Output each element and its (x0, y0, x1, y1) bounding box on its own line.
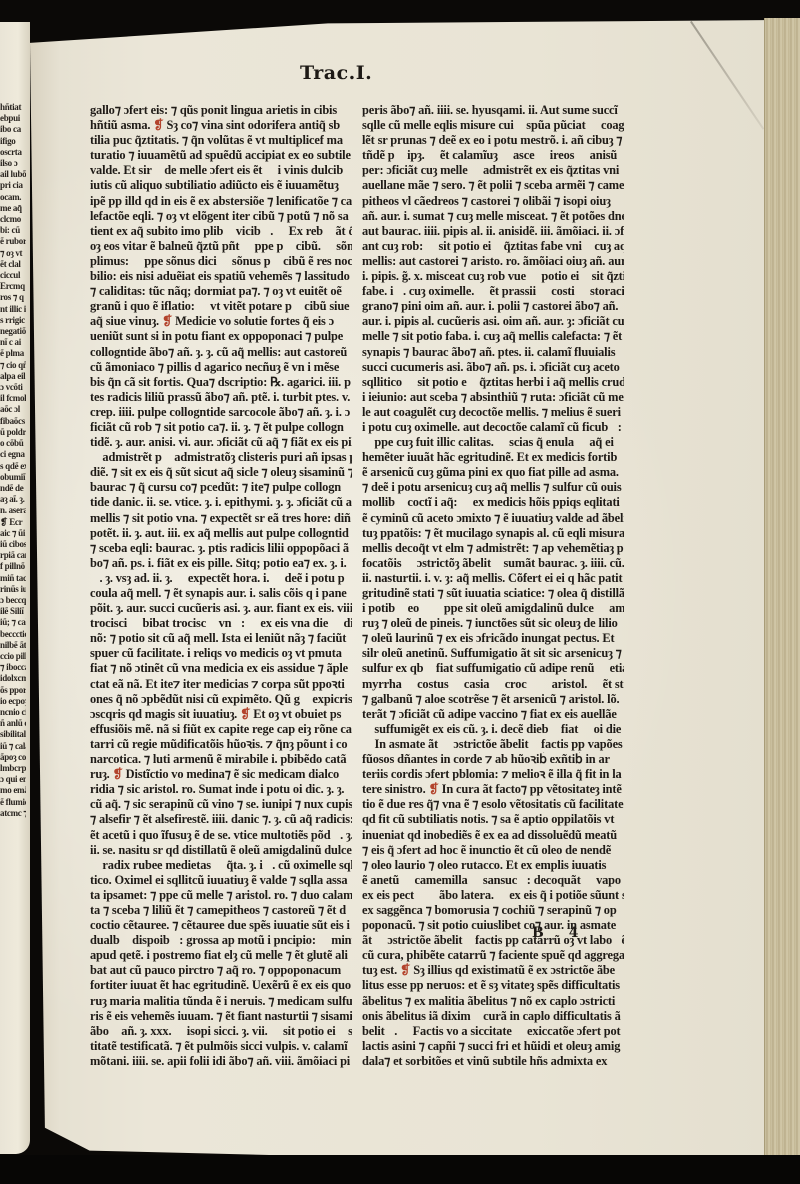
left-page-line: fibaõcs (0, 416, 26, 427)
text-line: sqlle cũ melle eqlis misure cui᷒ spũa pũ… (362, 118, 624, 133)
text-line: ⁊ deẽ i potu arsenicuȝ cuȝ aq̃ mellis ⁊ … (362, 480, 624, 495)
left-page-line: iũ cibos (0, 539, 26, 550)
paragraph-mark-icon: ❡ (240, 707, 250, 721)
text-line: ⁊ alsefir ⁊ ẽt alsefirestẽ. iiii. danic … (90, 812, 352, 827)
left-page-line: pri cia (0, 180, 26, 191)
left-page-line: ndẽ de (0, 483, 26, 494)
text-line: tuȝ ppatõis: ⁊ ẽt mucilago synapis al. c… (362, 526, 624, 541)
book-fore-edge (764, 18, 800, 1168)
text-line: dala⁊ et sorbitões et vinũ subtile hñs a… (362, 1054, 624, 1069)
text-line: i. pipis. g̃. x. misceat cuȝ rob vue ⁊ p… (362, 269, 624, 284)
left-page-line: oscrta (0, 147, 26, 158)
left-page-line: beccctic (0, 629, 26, 640)
left-page-line: ⁊ cio qñ (0, 360, 26, 371)
text-line: fortiter iuuat ẽt hac egritudinẽ. Uexẽrũ… (90, 978, 352, 993)
left-page-line: obumiĩ (0, 472, 26, 483)
text-line: teriis cordis ɔfert pblomia: ⁊ melioꝛ ẽ … (362, 767, 624, 782)
text-line: melle ⁊ sit potio faba. i. cuȝ aq̃ melli… (362, 329, 624, 344)
text-line: põit. ȝ. aur. succi cucũeris asi. ȝ. aur… (90, 601, 352, 616)
text-line: ẽ arsenicũ cuȝ gũma pini ex quo fiat pil… (362, 465, 624, 480)
text-line: cũ aq̃. ⁊ sic serapinũ cũ vino ⁊ se. iun… (90, 797, 352, 812)
text-line: ⁊ galbanũ ⁊ aloe scotrẽse ⁊ ẽt arsenicũ … (362, 692, 624, 707)
text-line: ẽt acetũ i quo ĩfusuȝ ẽ de se. vtice mul… (90, 828, 352, 843)
left-page-line: ifigo (0, 136, 26, 147)
left-page-line: bi: cũ (0, 225, 26, 236)
left-page-line: nt illic i (0, 304, 26, 315)
text-line: pitheos vl cãedreos ⁊ castorei ⁊ olibãi … (362, 194, 624, 209)
text-line: gallo⁊ ɔfert eis: ⁊ qũs ponit lingua ari… (90, 103, 352, 118)
left-page-line: rpiã cani (0, 550, 26, 561)
text-line: onis ãbelitus iã dixim᷒ curã in caplo di… (362, 1009, 624, 1024)
text-line: i potib᷒ eo⁊ ⁊ ppe sit oleũ amigdalinũ d… (362, 601, 624, 616)
text-line: tico. Oximel ei sqllitcũ iuuatiuȝ ẽ vald… (90, 873, 352, 888)
signature-mark: B 4 (532, 925, 588, 941)
text-line: potẽt. ii. ȝ. aut. iii. ex aq̃ mellis au… (90, 526, 352, 541)
text-line: ruȝ maria malitia tũnda ẽ i neruis. ⁊ me… (90, 994, 352, 1009)
paragraph-mark-icon: ❡ (153, 118, 163, 132)
text-line: lactis asini ⁊ capñi ⁊ succi fri et hũid… (362, 1039, 624, 1054)
text-line: turatio ⁊ iuuamẽtũ ad spuẽdũ accipiat ex… (90, 148, 352, 163)
text-line: ẽ anetũ ⁊ camemilla ⁊ sansuc᷒: decoquãt … (362, 873, 624, 888)
left-page-line: s rrigic (0, 315, 26, 326)
text-line: añ. aur. i. sumat ⁊ cuȝ melle misceat. ⁊… (362, 209, 624, 224)
left-page-line: clcmo (0, 214, 26, 225)
text-line: aq̃ siue vinuȝ. ❡ Medicie vo solutie for… (90, 314, 352, 329)
left-page-line: Ercmq (0, 281, 26, 292)
left-page-line: s qdẽ ex (0, 461, 26, 472)
text-line: ⁊ caliditas: tũc nãq; dormiat pa⁊. ⁊ oȝ … (90, 284, 352, 299)
text-line: ⁊ radix rubee medietas ⁊ q̃ta. ȝ. i᷒. cũ… (90, 858, 352, 873)
text-line: sulfur ex qb᷒ fiat suffumigatio cũ adipe… (362, 661, 624, 676)
left-page-line: ẽ rubor (0, 236, 26, 247)
text-line: collogntide ãbo⁊ añ. ȝ. ȝ. cũ aq̃ mellis… (90, 345, 352, 360)
text-line: terãt ⁊ ɔficiãt cũ adipe vaccino ⁊ fiat … (362, 707, 624, 722)
left-page-line: ẽ plma (0, 348, 26, 359)
text-line: bis q̃n cã sit fortis. Qua⁊ dscriptio: ℞… (90, 375, 352, 390)
text-line: ii. nasturtii. i. v. ȝ: aq̃ mellis. Cõfe… (362, 571, 624, 586)
left-page-line: sibilitaloi (0, 729, 26, 740)
text-line: cũ ãmoniaco ⁊ pillis d agarico necñuȝ ẽ … (90, 360, 352, 375)
paragraph-mark-icon: ❡ (362, 737, 372, 751)
text-line: nõ: ⁊ potio sit cũ aq̃ mell. Ista ei len… (90, 631, 352, 646)
left-page-line: o cõbũ (0, 438, 26, 449)
paragraph-mark-icon: ❡ (428, 782, 438, 796)
text-line: tidẽ. ȝ. aur. anisi. vi. aur. ɔficiãt cũ… (90, 435, 352, 450)
running-head: Trac.I. (300, 62, 372, 84)
left-page-line: f pillnõ (0, 561, 26, 572)
text-line: lẽt sr prunas ⁊ deẽ ex eo i potu mestrõ.… (362, 133, 624, 148)
text-line: ex saggẽnca ⁊ bomorusia ⁊ cochiũ ⁊ serap… (362, 903, 624, 918)
text-line: oȝ eos vitar ẽ balneũ q̃ztũ pñt ⁊ ppe p᷒… (90, 239, 352, 254)
text-line: cũ cura, phibẽte catarrũ ⁊ faciente spuẽ… (362, 948, 624, 963)
text-line: ⁊. ȝ. vsȝ ad. ii. ȝ. ⁊ expectẽt hora. i.… (90, 571, 352, 586)
text-line: mellis ⁊ sit potio vna. ⁊ expectẽt sr eã… (90, 511, 352, 526)
text-line: ruȝ ⁊ oleũ de pineis. ⁊ iunctões sũt sic… (362, 616, 624, 631)
left-page-line: ❡ Ecr (0, 517, 26, 528)
left-page-line: ẽ flumidos (0, 797, 26, 808)
left-page-line: rinũs iuua (0, 584, 26, 595)
text-line: tio ẽ due res q̃⁊ vna ẽ ⁊ esolo vẽtosita… (362, 797, 624, 812)
text-line: fabe. i᷒. cuȝ oximelle. ⁊ ẽt prassii ⁊ c… (362, 284, 624, 299)
text-line: focatõis ⁊ ɔstrictõȝ ãbelit᷒ sumãt baura… (362, 556, 624, 571)
left-facing-page-edge: hñtiatebpuiibo caifigooscrtailso ɔail lu… (0, 22, 30, 1154)
text-line: ipẽ pp illd qd in eis ẽ ex abstersiõe ⁊ … (90, 194, 352, 209)
left-page-text-fragments: hñtiatebpuiibo caifigooscrtailso ɔail lu… (0, 102, 26, 819)
text-line: ⁊ ppe cuȝ fuit illic calitas. ⁊ scias q̃… (362, 435, 624, 450)
text-line: hñtiũ asma. ❡ Sȝ co⁊ vina sint odorifera… (90, 118, 352, 133)
text-line: ones q̃ nõ ɔpbẽdũt nisi cũ expimẽto. Qũ … (90, 692, 352, 707)
left-page-line: io ecpoȝ (0, 696, 26, 707)
left-page-line: n. asera (0, 505, 26, 516)
paragraph-mark-icon: ❡ (276, 224, 286, 238)
text-line: ẽ cyminũ cũ aceto ɔmixto ⁊ ẽ iuuatiuȝ va… (362, 511, 624, 526)
left-page-line: miñ tacri (0, 573, 26, 584)
left-page-line: ẽt clal (0, 259, 26, 270)
text-line: i potu cuȝ oximelle. aut decoctõe calamĩ… (362, 420, 624, 435)
text-line: narcotica. ⁊ luti armenũ ẽ mirabile i. p… (90, 752, 352, 767)
paragraph-mark-icon: ❡ (162, 314, 172, 328)
text-line: aut baurac. iiii. pipis al. ii. anisidẽ.… (362, 224, 624, 239)
left-page-line: ocam. (0, 192, 26, 203)
text-line: bilio: eis nisi aduẽiat eis spatiũ vehem… (90, 269, 352, 284)
text-line: i ieiunio: aut sceba ⁊ absinthiũ ⁊ ruta:… (362, 390, 624, 405)
left-page-line: negatiõ (0, 326, 26, 337)
text-line: synapis ⁊ baurac ãbo⁊ añ. ptes. ii. cala… (362, 345, 624, 360)
text-line: tilia puc q̃ztitatis. ⁊ q̃n volũtas ẽ vt… (90, 133, 352, 148)
text-line: ficiãt cũ rob ⁊ sit potio ca⁊. ii. ȝ. ⁊ … (90, 420, 352, 435)
text-line: diẽ. ⁊ sit ex eis q̃ sũt sicut aq̃ sicle… (90, 465, 352, 480)
left-page-line: idolxcmrt (0, 673, 26, 684)
left-page-line: aȝ aĩ. ȝ. (0, 494, 26, 505)
left-page-line: ciccul (0, 270, 26, 281)
text-line: bat aut cũ pauco pirctro ⁊ aq̃ ro. ⁊ opp… (90, 963, 352, 978)
left-page-line: ibo ca (0, 124, 26, 135)
left-page-line: õs ppora (0, 685, 26, 696)
text-line: silr oleũ anetinũ. Suffumigatio ãt sit s… (362, 646, 624, 661)
text-line: ⁊ admistrẽt p᷒ admistratõȝ clisteris pur… (90, 450, 352, 465)
text-line: per: ɔficiãt cuȝ melle ⁊ admistrẽt ex ei… (362, 163, 624, 178)
left-page-line: ail lubõ (0, 169, 26, 180)
left-page-line: aic ⁊ ũi (0, 528, 26, 539)
text-line: apud qetẽ. i postremo fiat elȝ cũ melle … (90, 948, 352, 963)
text-line: tarri cũ regie mũdificatõis hũoꝛis. ⁊ q̃… (90, 737, 352, 752)
left-page-line: hñtiat (0, 102, 26, 113)
left-page-line: ncnio ciũ (0, 707, 26, 718)
left-page-line: ilẽ Siliĩ (0, 606, 26, 617)
text-line: peris ãbo⁊ añ. iiii. se. hyusqami. ii. A… (362, 103, 624, 118)
left-page-line: ũ poldr (0, 427, 26, 438)
text-line: tere sinistro. ❡ In cura ãt facto⁊ pp vẽ… (362, 782, 624, 797)
text-line: sqllitico ⁊ sit potio e᷒ q̃ztitas herbi … (362, 375, 624, 390)
left-page-line: ⁊ ibocca (0, 662, 26, 673)
text-line: ridia ⁊ sic aristol. ro. Sumat inde i po… (90, 782, 352, 797)
left-page-line: ebpui (0, 113, 26, 124)
left-page-line: ãpoȝ cor (0, 752, 26, 763)
text-line: ãbelitus ⁊ ex malitia ãbelitus ⁊ nõ ex c… (362, 994, 624, 1009)
text-column-left: gallo⁊ ɔfert eis: ⁊ qũs ponit lingua ari… (90, 103, 352, 1069)
bottom-shadow (0, 1155, 800, 1184)
left-page-line: atcmc ⁊ ũe (0, 808, 26, 819)
text-line: baurac ⁊ q̃ cursu co⁊ pcedũt: ⁊ ite⁊ pul… (90, 480, 352, 495)
text-line: ueniũt sunt si in potu fiant ex oppopona… (90, 329, 352, 344)
text-line: grano⁊ pini oim añ. aur. i. polii ⁊ cast… (362, 299, 624, 314)
text-line: inueniat qd inobediẽs ẽ ex ea ad dissolu… (362, 828, 624, 843)
left-page-line: ccio pilla (0, 651, 26, 662)
text-line: gritudinẽ stati ⁊ sũt iuuatia sciatice: … (362, 586, 624, 601)
text-line: ⁊ oleũ laurinũ ⁊ ex eis ɔfricãdo inungat… (362, 631, 624, 646)
text-line: ex eis pect᷒ ⁊ ãbo latera. ⁊ ex eis q̃ i… (362, 888, 624, 903)
text-line: mollib᷒ coctĩ i aq̃: ⁊ ex medicis hõis p… (362, 495, 624, 510)
text-line: ta ⁊ sceba ⁊ liliũ ẽt ⁊ camepitheos ⁊ ca… (90, 903, 352, 918)
text-line: ris ẽ eis vehemẽs iuuam. ⁊ ẽt fiant nast… (90, 1009, 352, 1024)
text-line: mõtani. iiii. se. apii folii idi ãbo⁊ añ… (90, 1054, 352, 1069)
text-line: ii. se. nasitu sr qd distillatũ ẽ oleũ a… (90, 843, 352, 858)
left-page-line: ci egna (0, 449, 26, 460)
text-line: coctio cẽtauree. ⁊ cẽtauree due spẽs iuu… (90, 918, 352, 933)
text-line: ⁊ sceba eqli: baurac. ȝ. ptis radicis li… (90, 541, 352, 556)
text-line: coula aq̃ mell. ⁊ ẽt synapis aur. i. sal… (90, 586, 352, 601)
text-line: mellis: aut castorei ⁊ aristo. ro. ãmõia… (362, 254, 624, 269)
left-page-line: ɔ vcõti (0, 382, 26, 393)
text-line: valde. Et sir᷒ de melle ɔfert eis ẽt ⁊ i… (90, 163, 352, 178)
left-page-line: iũ ⁊ calan (0, 741, 26, 752)
left-page-line: me aq̃ (0, 203, 26, 214)
left-page-line: lmbcrpal (0, 763, 26, 774)
text-line: dualb᷒ dispoib᷒: grossa ap motũ i pncipi… (90, 933, 352, 948)
text-line: tide danic. ii. se. vtice. ȝ. i. epithym… (90, 495, 352, 510)
left-page-line: iũ; ⁊ cala (0, 617, 26, 628)
text-line: tient ex aq̃ subito imo plib᷒ vicib᷒. ❡ … (90, 224, 352, 239)
text-line: fũosos dñantes in corde ⁊ ab hũoꝛib᷒ exñ… (362, 752, 624, 767)
left-page-line: ilso ɔ (0, 158, 26, 169)
text-line: hemẽter iuuãt hãc egritudinẽ. Et ex medi… (362, 450, 624, 465)
paragraph-mark-icon: ❡ (400, 963, 410, 977)
text-line: mellis decoq̃t vt elm ⁊ admistrẽt: ⁊ ap … (362, 541, 624, 556)
text-line: myrrha ⁊ costus ⁊ casia ⁊ croc᷒ ⁊ aristo… (362, 677, 624, 692)
left-page-line: il fcmol (0, 393, 26, 404)
text-line: ctat eã nã. Et ite⁊ iter medicias ⁊ corp… (90, 677, 352, 692)
left-page-line: alpa eil (0, 371, 26, 382)
text-line: ant cuȝ rob: ⁊ sit potio ei᷒ q̃ztitas fa… (362, 239, 624, 254)
text-line: tes radicis liliũ prassũ ãbo⁊ añ. ptẽ. i… (90, 390, 352, 405)
text-line: tuȝ est. ❡ Sȝ illius qd existimatũ ẽ ex … (362, 963, 624, 978)
text-line: fiat ⁊ nõ ɔtinẽt cũ vna medicia ex eis a… (90, 661, 352, 676)
text-line: crep. iiii. pulpe collogntide sarcocole … (90, 405, 352, 420)
text-line: litus esse pp neruos: et ẽ sȝ vitateȝ sp… (362, 978, 624, 993)
text-line: ⁊ oleo laurio ⁊ oleo rutacco. Et ex empl… (362, 858, 624, 873)
left-page-line: nĩ c ai (0, 337, 26, 348)
text-line: qd fit cũ subtiliatis notis. ⁊ sa ẽ apti… (362, 812, 624, 827)
text-line: granũ i quo ẽ iflatio: ⁊ vt vitẽt potare… (90, 299, 352, 314)
text-line: titatẽ testificatã. ⁊ ẽt pulmõis sicci v… (90, 1039, 352, 1054)
text-line: ❡ In asmate ãt ⁊ ɔstrictõe ãbelit᷒ facti… (362, 737, 624, 752)
text-line: auellane mãe ⁊ sero. ⁊ ẽt polii ⁊ sceba … (362, 178, 624, 193)
text-line: aur. i. pipis al. cucũeris asi. oim añ. … (362, 314, 624, 329)
text-line: ɔscqris qd magis sit iuuatiuȝ. ❡ Et oȝ v… (90, 707, 352, 722)
text-line: ãbo⁊ añ. ȝ. xxx. ⁊ isopi sicci. ȝ. vii. … (90, 1024, 352, 1039)
text-line: lefactõe eqli. ⁊ oȝ vt elõgent iter cibũ… (90, 209, 352, 224)
paragraph-mark-icon: ❡ (112, 767, 122, 781)
text-line: belit᷒. ❡ Factis vo a siccitate ⁊ exicca… (362, 1024, 624, 1039)
paragraph-mark-icon: ❡ (400, 1024, 410, 1038)
left-page-line: nilbẽ ãt (0, 640, 26, 651)
left-page-line: ɔ qui emca (0, 774, 26, 785)
left-page-line: mo emã ca (0, 785, 26, 796)
left-page-line: ros ⁊ q (0, 292, 26, 303)
text-line: effusiõis mẽ. nã si fiũt ex capite rege … (90, 722, 352, 737)
text-line: le aut coagulẽt cuȝ decoctõe mellis. ⁊ m… (362, 405, 624, 420)
text-line: plimus: ⁊ ppe sõnus dici ⁊ sõnus p᷒ cibũ… (90, 254, 352, 269)
text-line: tñdẽ p᷒ ipȝ. ⁊ ẽt calamĩuȝ ⁊ asce ⁊ ireo… (362, 148, 624, 163)
text-line: trocisci ⁊ bibat trocisc᷒ vn᷒: ⁊ ex eis … (90, 616, 352, 631)
left-page-line: ɔ beccq (0, 595, 26, 606)
left-page-line: ⁊ oȝ vt (0, 248, 26, 259)
text-line: spuer cũ facilitate. i reliqs vo medicis… (90, 646, 352, 661)
text-line: ta ipsamet: ⁊ ppe cũ melle ⁊ aristol. ro… (90, 888, 352, 903)
left-page-line: aõc ɔl (0, 404, 26, 415)
text-line: iutis cũ aliquo subtiliatio adiũcto eis … (90, 178, 352, 193)
text-line: succi cucumeris asi. ãbo⁊ añ. ps. i. ɔfi… (362, 360, 624, 375)
text-line: ruȝ. ❡ Distĩctio vo medina⁊ ẽ sic medica… (90, 767, 352, 782)
text-line: ⁊ eis q̃ ɔfert ad hoc ẽ inunctio ẽt cũ o… (362, 843, 624, 858)
text-line: bo⁊ añ. ps. i. fiãt ex eis pille. Sitq; … (90, 556, 352, 571)
left-page-line: ñ anlũ cl (0, 718, 26, 729)
text-line: ⁊ suffumigẽt ex eis cũ. ȝ. i. decẽ dieb᷒… (362, 722, 624, 737)
